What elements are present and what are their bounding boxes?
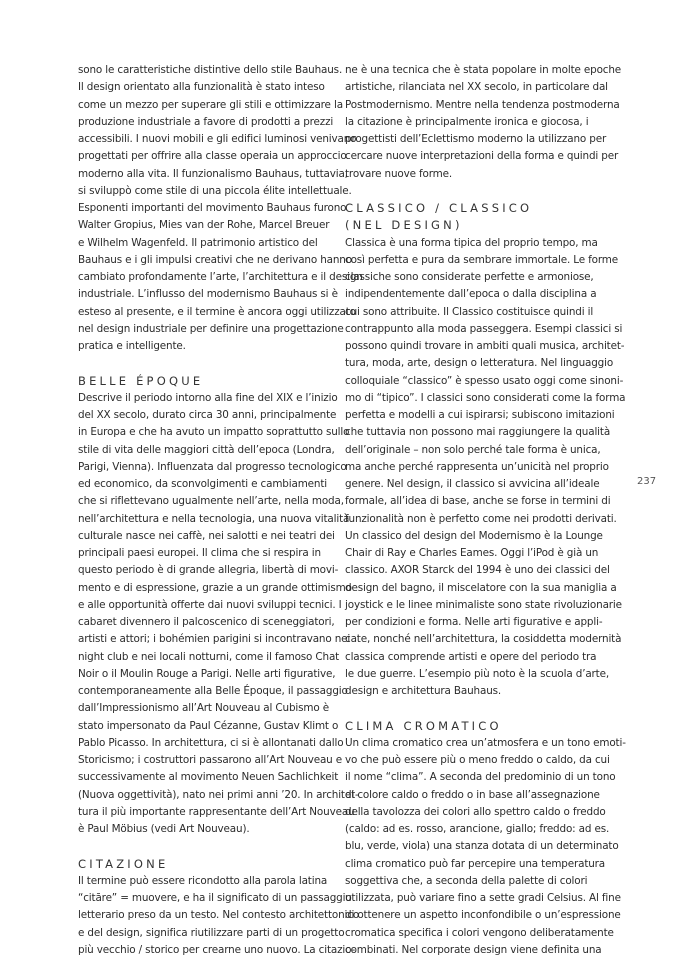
text-line: mo di “tipico”. I classici sono consider… [345, 390, 607, 407]
classico-text: Classica è una forma tipica del proprio … [345, 235, 607, 701]
text-line: ma anche perché rappresenta un’unicità n… [345, 459, 607, 476]
paragraph-gap [345, 700, 607, 717]
right-column: ne è una tecnica che è stata popolare in… [345, 62, 607, 958]
text-line: cate, nonché nell’architettura, la cosid… [345, 631, 607, 648]
text-line: di ottenere un aspetto inconfondibile o … [345, 907, 607, 924]
text-line: combinati. Nel corporate design viene de… [345, 942, 607, 958]
text-line: genere. Nel design, il classico si avvic… [345, 476, 607, 493]
heading-clima-cromatico: CLIMA CROMATICO [345, 718, 607, 735]
text-line: sono le caratteristiche distintive dello… [78, 62, 340, 79]
text-line: possono quindi trovare in ambiti quali m… [345, 338, 607, 355]
text-line: night club e nei locali notturni, come i… [78, 649, 340, 666]
text-line: tura, moda, arte, design o letteratura. … [345, 355, 607, 372]
text-line: Pablo Picasso. In architettura, ci si è … [78, 735, 340, 752]
text-line: Noir o il Moulin Rouge a Parigi. Nelle a… [78, 666, 340, 683]
heading-classico-line2: (NEL DESIGN) [345, 217, 607, 234]
text-line: è Paul Möbius (vedi Art Nouveau). [78, 821, 340, 838]
text-line: principali paesi europei. Il clima che s… [78, 545, 340, 562]
text-line: Parigi, Vienna). Influenzata dal progres… [78, 459, 340, 476]
text-line: soggettiva che, a seconda della palette … [345, 873, 607, 890]
text-line: Il design orientato alla funzionalità è … [78, 79, 340, 96]
text-line: pratica e intelligente. [78, 338, 340, 355]
text-line: (caldo: ad es. rosso, arancione, giallo;… [345, 821, 607, 838]
text-line: joystick e le linee minimaliste sono sta… [345, 597, 607, 614]
text-line: come un mezzo per superare gli stili e o… [78, 97, 340, 114]
text-line: cui sono attribuite. Il Classico costitu… [345, 304, 607, 321]
text-line: vo che può essere più o meno freddo o ca… [345, 752, 607, 769]
text-line: progettisti dell’Eclettismo moderno la u… [345, 131, 607, 148]
text-line: e alle opportunità offerte dai nuovi svi… [78, 597, 340, 614]
text-line: Postmodernismo. Mentre nella tendenza po… [345, 97, 607, 114]
bauhaus-continued-text: sono le caratteristiche distintive dello… [78, 62, 340, 355]
text-line: e del design, significa riutilizzare par… [78, 925, 340, 942]
text-line: stato impersonato da Paul Cézanne, Gusta… [78, 718, 340, 735]
text-line: Un classico del design del Modernismo è … [345, 528, 607, 545]
text-line: classiche sono considerate perfette e ar… [345, 269, 607, 286]
text-line: Esponenti importanti del movimento Bauha… [78, 200, 340, 217]
text-line: moderno alla vita. Il funzionalismo Bauh… [78, 166, 340, 183]
citazione-text: Il termine può essere ricondotto alla pa… [78, 873, 340, 958]
text-line: “citāre” = muovere, e ha il significato … [78, 890, 340, 907]
text-line: nel design industriale per definire una … [78, 321, 340, 338]
text-line: design e architettura Bauhaus. [345, 683, 607, 700]
paragraph-gap [78, 355, 340, 372]
text-line: ne è una tecnica che è stata popolare in… [345, 62, 607, 79]
text-line: cabaret divennero il palcoscenico di sce… [78, 614, 340, 631]
text-line: cromatica specifica i colori vengono del… [345, 925, 607, 942]
text-line: la citazione è principalmente ironica e … [345, 114, 607, 131]
text-line: cambiato profondamente l’arte, l’archite… [78, 269, 340, 286]
heading-belle-epoque: BELLE ÉPOQUE [78, 373, 340, 390]
text-line: industriale. L’influsso del modernismo B… [78, 286, 340, 303]
text-line: il nome “clima”. A seconda del predomini… [345, 769, 607, 786]
text-line: cercare nuove interpretazioni della form… [345, 148, 607, 165]
text-line: si sviluppò come stile di una piccola él… [78, 183, 340, 200]
text-line: Chair di Ray e Charles Eames. Oggi l’iPo… [345, 545, 607, 562]
text-line: progettati per offrire alla classe opera… [78, 148, 340, 165]
text-line: trovare nuove forme. [345, 166, 607, 183]
text-line: Un clima cromatico crea un’atmosfera e u… [345, 735, 607, 752]
text-line: Classica è una forma tipica del proprio … [345, 235, 607, 252]
text-line: così perfetta e pura da sembrare immorta… [345, 252, 607, 269]
page-number: 237 [637, 476, 656, 487]
paragraph-gap [78, 838, 340, 855]
text-line: le due guerre. L’esempio più noto è la s… [345, 666, 607, 683]
text-line: (Nuova oggettività), nato nei primi anni… [78, 787, 340, 804]
paragraph-gap [345, 183, 607, 200]
text-line: nell’architettura e nella tecnologia, un… [78, 511, 340, 528]
text-line: classica comprende artisti e opere del p… [345, 649, 607, 666]
left-column: sono le caratteristiche distintive dello… [78, 62, 340, 958]
text-line: ed economico, da sconvolgimenti e cambia… [78, 476, 340, 493]
text-line: indipendentemente dall’epoca o dalla dis… [345, 286, 607, 303]
citazione-continued-text: ne è una tecnica che è stata popolare in… [345, 62, 607, 183]
text-line: del XX secolo, durato circa 30 anni, pri… [78, 407, 340, 424]
text-line: Storicismo; i costruttori passarono all’… [78, 752, 340, 769]
heading-citazione: CITAZIONE [78, 856, 340, 873]
text-line: di colore caldo o freddo o in base all’a… [345, 787, 607, 804]
text-line: perfetta e modelli a cui ispirarsi; subi… [345, 407, 607, 424]
text-line: letterario preso da un testo. Nel contes… [78, 907, 340, 924]
text-line: questo periodo è di grande allegria, lib… [78, 562, 340, 579]
text-line: che tuttavia non possono mai raggiungere… [345, 424, 607, 441]
text-line: della tavolozza dei colori allo spettro … [345, 804, 607, 821]
text-line: in Europa e che ha avuto un impatto sopr… [78, 424, 340, 441]
text-line: formale, all’idea di base, anche se fors… [345, 493, 607, 510]
text-line: blu, verde, viola) una stanza dotata di … [345, 838, 607, 855]
text-line: e Wilhelm Wagenfeld. Il patrimonio artis… [78, 235, 340, 252]
text-line: Bauhaus e i gli impulsi creativi che ne … [78, 252, 340, 269]
text-line: colloquiale “classico” è spesso usato og… [345, 373, 607, 390]
text-line: utilizzata, può variare fino a sette gra… [345, 890, 607, 907]
text-line: artisti e attori; i bohémien parigini si… [78, 631, 340, 648]
text-line: esteso al presente, e il termine è ancor… [78, 304, 340, 321]
text-line: classico. AXOR Starck del 1994 è uno dei… [345, 562, 607, 579]
text-line: dall’Impressionismo all’Art Nouveau al C… [78, 700, 340, 717]
text-line: artistiche, rilanciata nel XX secolo, in… [345, 79, 607, 96]
text-line: che si riflettevano ugualmente nell’arte… [78, 493, 340, 510]
text-line: mento e di espressione, grazie a un gran… [78, 580, 340, 597]
text-line: Il termine può essere ricondotto alla pa… [78, 873, 340, 890]
text-line: funzionalità non è perfetto come nei pro… [345, 511, 607, 528]
text-line: dell’originale – non solo perché tale fo… [345, 442, 607, 459]
belle-epoque-text: Descrive il periodo intorno alla fine de… [78, 390, 340, 839]
text-line: più vecchio / storico per crearne uno nu… [78, 942, 340, 958]
text-line: design del bagno, il miscelatore con la … [345, 580, 607, 597]
text-line: tura il più importante rappresentante de… [78, 804, 340, 821]
text-line: successivamente al movimento Neuen Sachl… [78, 769, 340, 786]
text-line: per condizioni e forma. Nelle arti figur… [345, 614, 607, 631]
text-line: accessibili. I nuovi mobili e gli edific… [78, 131, 340, 148]
heading-classico-line1: CLASSICO / CLASSICO [345, 200, 607, 217]
text-line: clima cromatico può far percepire una te… [345, 856, 607, 873]
text-line: produzione industriale a favore di prodo… [78, 114, 340, 131]
text-line: Walter Gropius, Mies van der Rohe, Marce… [78, 217, 340, 234]
text-line: culturale nasce nei caffè, nei salotti e… [78, 528, 340, 545]
text-line: Descrive il periodo intorno alla fine de… [78, 390, 340, 407]
text-line: contrappunto alla moda passeggera. Esemp… [345, 321, 607, 338]
clima-cromatico-text: Un clima cromatico crea un’atmosfera e u… [345, 735, 607, 958]
text-line: stile di vita delle maggiori città dell’… [78, 442, 340, 459]
text-line: contemporaneamente alla Belle Époque, il… [78, 683, 340, 700]
